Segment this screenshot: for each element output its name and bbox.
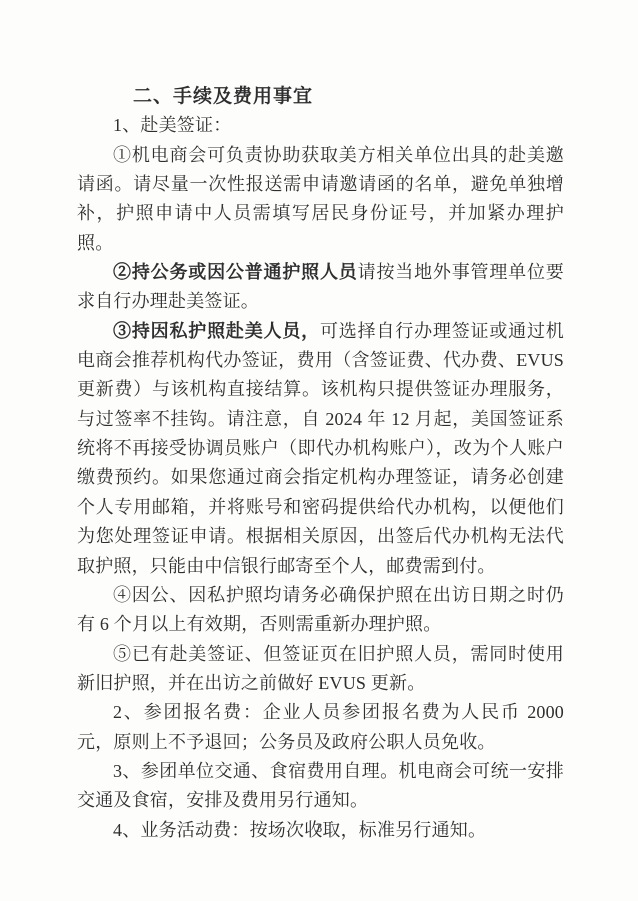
list-item-transport-lodging: 3、参团单位交通、食宿费用自理。机电商会可统一安排交通及食宿，安排及费用另行通知… [77, 757, 564, 816]
section-heading: 二、手续及费用事宜 [77, 82, 564, 111]
list-item-registration-fee: 2、参团报名费：企业人员参团报名费为人民币 2000 元，原则上不予退回；公务员… [77, 698, 564, 757]
document-page: 二、手续及费用事宜 1、赴美签证： ①机电商会可负责协助获取美方相关单位出具的赴… [0, 0, 638, 901]
document-body: 二、手续及费用事宜 1、赴美签证： ①机电商会可负责协助获取美方相关单位出具的赴… [77, 82, 564, 845]
paragraph-old-passport-evus: ⑤已有赴美签证、但签证页在旧护照人员，需同时使用新旧护照，并在出访之前做好 EV… [77, 640, 564, 699]
paragraph-invitation-letter: ①机电商会可负责协助获取美方相关单位出具的赴美邀请函。请尽量一次性报送需申请邀请… [77, 141, 564, 258]
private-passport-rest: 可选择自行办理签证或通过机电商会推荐机构代办签证，费用（含签证费、代办费、EVU… [77, 321, 564, 576]
paragraph-passport-validity: ④因公、因私护照均请务必确保护照在出访日期之时仍有 6 个月以上有效期，否则需重… [77, 581, 564, 640]
list-item-visa: 1、赴美签证： [77, 111, 564, 140]
private-passport-bold-lead: ③持因私护照赴美人员， [113, 321, 320, 341]
official-passport-bold-lead: ②持公务或因公普通护照人员 [113, 262, 358, 282]
paragraph-private-passport: ③持因私护照赴美人员，可选择自行办理签证或通过机电商会推荐机构代办签证，费用（含… [77, 317, 564, 581]
page-number: 3 [0, 820, 638, 836]
paragraph-official-passport: ②持公务或因公普通护照人员请按当地外事管理单位要求自行办理赴美签证。 [77, 258, 564, 317]
